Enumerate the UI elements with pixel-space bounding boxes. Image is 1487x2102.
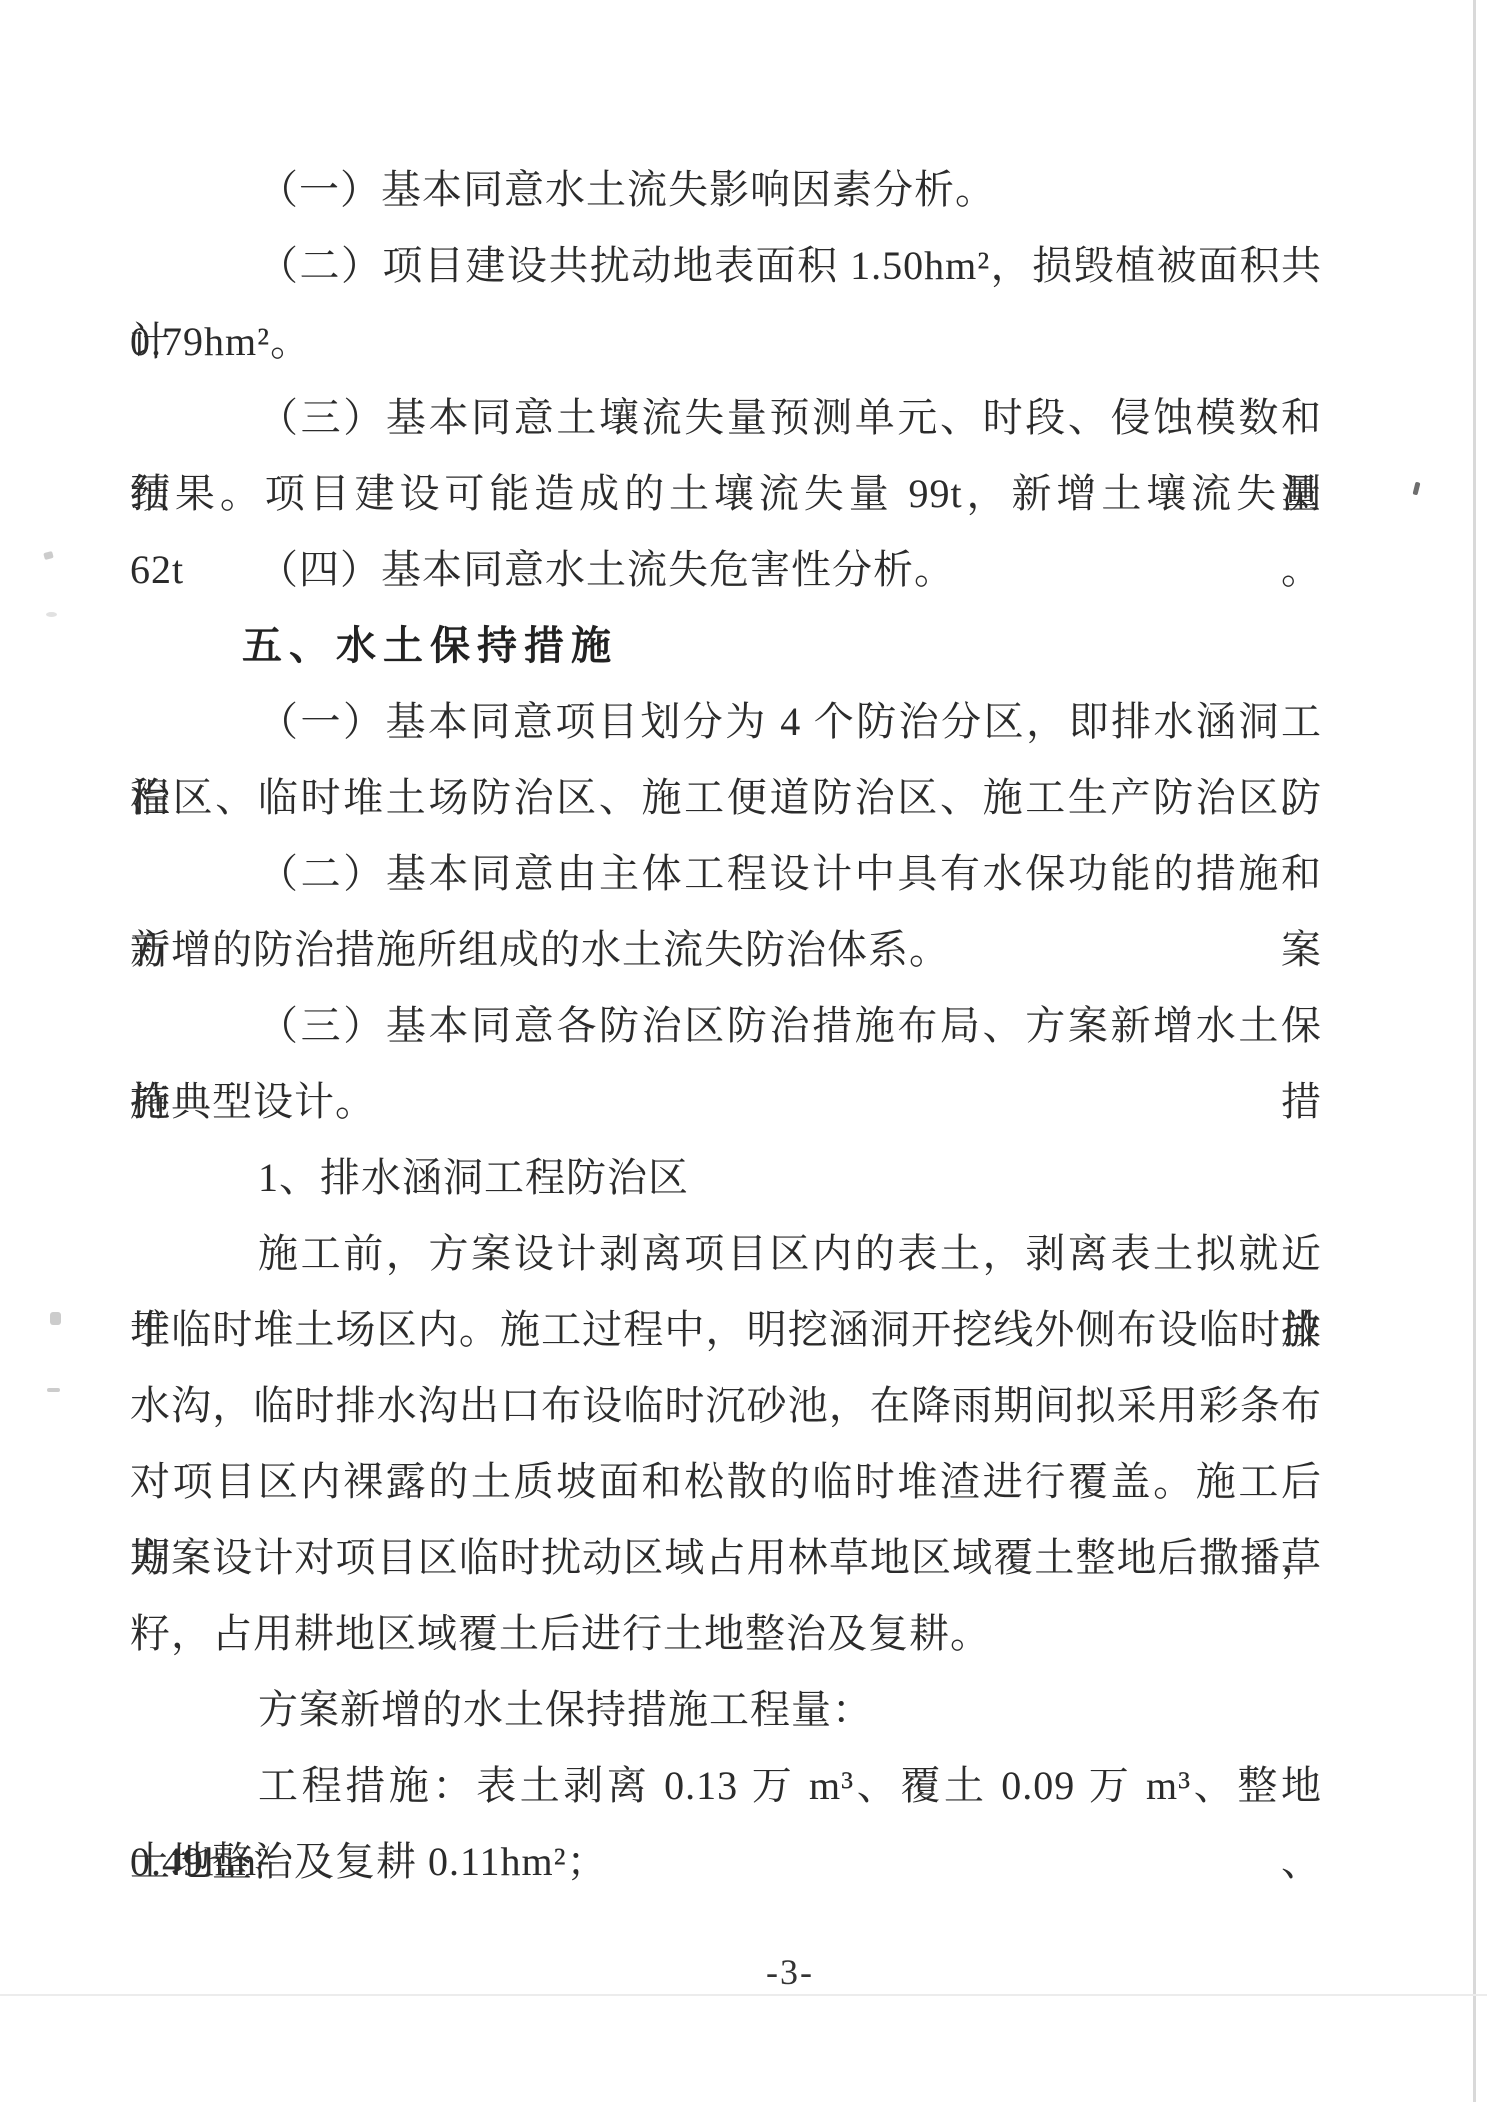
text-line: （二）项目建设共扰动地表面积 1.50hm²，损毁植被面积共计 bbox=[130, 228, 1322, 304]
text-block: （一）基本同意水土流失影响因素分析。 （二）项目建设共扰动地表面积 1.50hm… bbox=[130, 152, 1322, 1900]
scan-speck bbox=[46, 612, 57, 617]
scan-speck bbox=[47, 1388, 60, 1392]
subsection-heading: 1、排水涵洞工程防治区 bbox=[130, 1140, 1322, 1216]
scan-speck bbox=[50, 1312, 61, 1325]
text-line: 0.79hm²。 bbox=[130, 304, 1322, 380]
text-line: 水沟，临时排水沟出口布设临时沉砂池，在降雨期间拟采用彩条布 bbox=[130, 1368, 1322, 1444]
scan-speck bbox=[43, 551, 54, 560]
section-heading: 五、水土保持措施 bbox=[130, 608, 1322, 684]
text-line: 结果。项目建设可能造成的土壤流失量 99t，新增土壤流失量 62t。 bbox=[130, 456, 1322, 532]
text-line: 施工前，方案设计剥离项目区内的表土，剥离表土拟就近堆放 bbox=[130, 1216, 1322, 1292]
scan-speck bbox=[1413, 482, 1421, 496]
document-page: （一）基本同意水土流失影响因素分析。 （二）项目建设共扰动地表面积 1.50hm… bbox=[0, 0, 1487, 2102]
text-line: （三）基本同意土壤流失量预测单元、时段、侵蚀模数和预测 bbox=[130, 380, 1322, 456]
text-line: 籽，占用耕地区域覆土后进行土地整治及复耕。 bbox=[130, 1596, 1322, 1672]
text-line: 治区、临时堆土场防治区、施工便道防治区、施工生产防治区。 bbox=[130, 760, 1322, 836]
text-line: 方案设计对项目区临时扰动区域占用林草地区域覆土整地后撒播草 bbox=[130, 1520, 1322, 1596]
text-line: 对项目区内裸露的土质坡面和松散的临时堆渣进行覆盖。施工后期， bbox=[130, 1444, 1322, 1520]
text-line: （三）基本同意各防治区防治措施布局、方案新增水土保持措 bbox=[130, 988, 1322, 1064]
text-line: 工程措施：表土剥离 0.13 万 m³、覆土 0.09 万 m³、整地 0.49… bbox=[130, 1748, 1322, 1824]
text-line: （二）基本同意由主体工程设计中具有水保功能的措施和方案 bbox=[130, 836, 1322, 912]
page-number: -3- bbox=[766, 1946, 814, 1998]
text-line: 方案新增的水土保持措施工程量： bbox=[130, 1672, 1322, 1748]
text-line: （一）基本同意水土流失影响因素分析。 bbox=[130, 152, 1322, 228]
text-line: 于临时堆土场区内。施工过程中，明挖涵洞开挖线外侧布设临时排 bbox=[130, 1292, 1322, 1368]
scan-edge-line bbox=[1473, 0, 1476, 2102]
text-line: （一）基本同意项目划分为 4 个防治分区，即排水涵洞工程防 bbox=[130, 684, 1322, 760]
scan-artifact-line bbox=[0, 1994, 1487, 1996]
